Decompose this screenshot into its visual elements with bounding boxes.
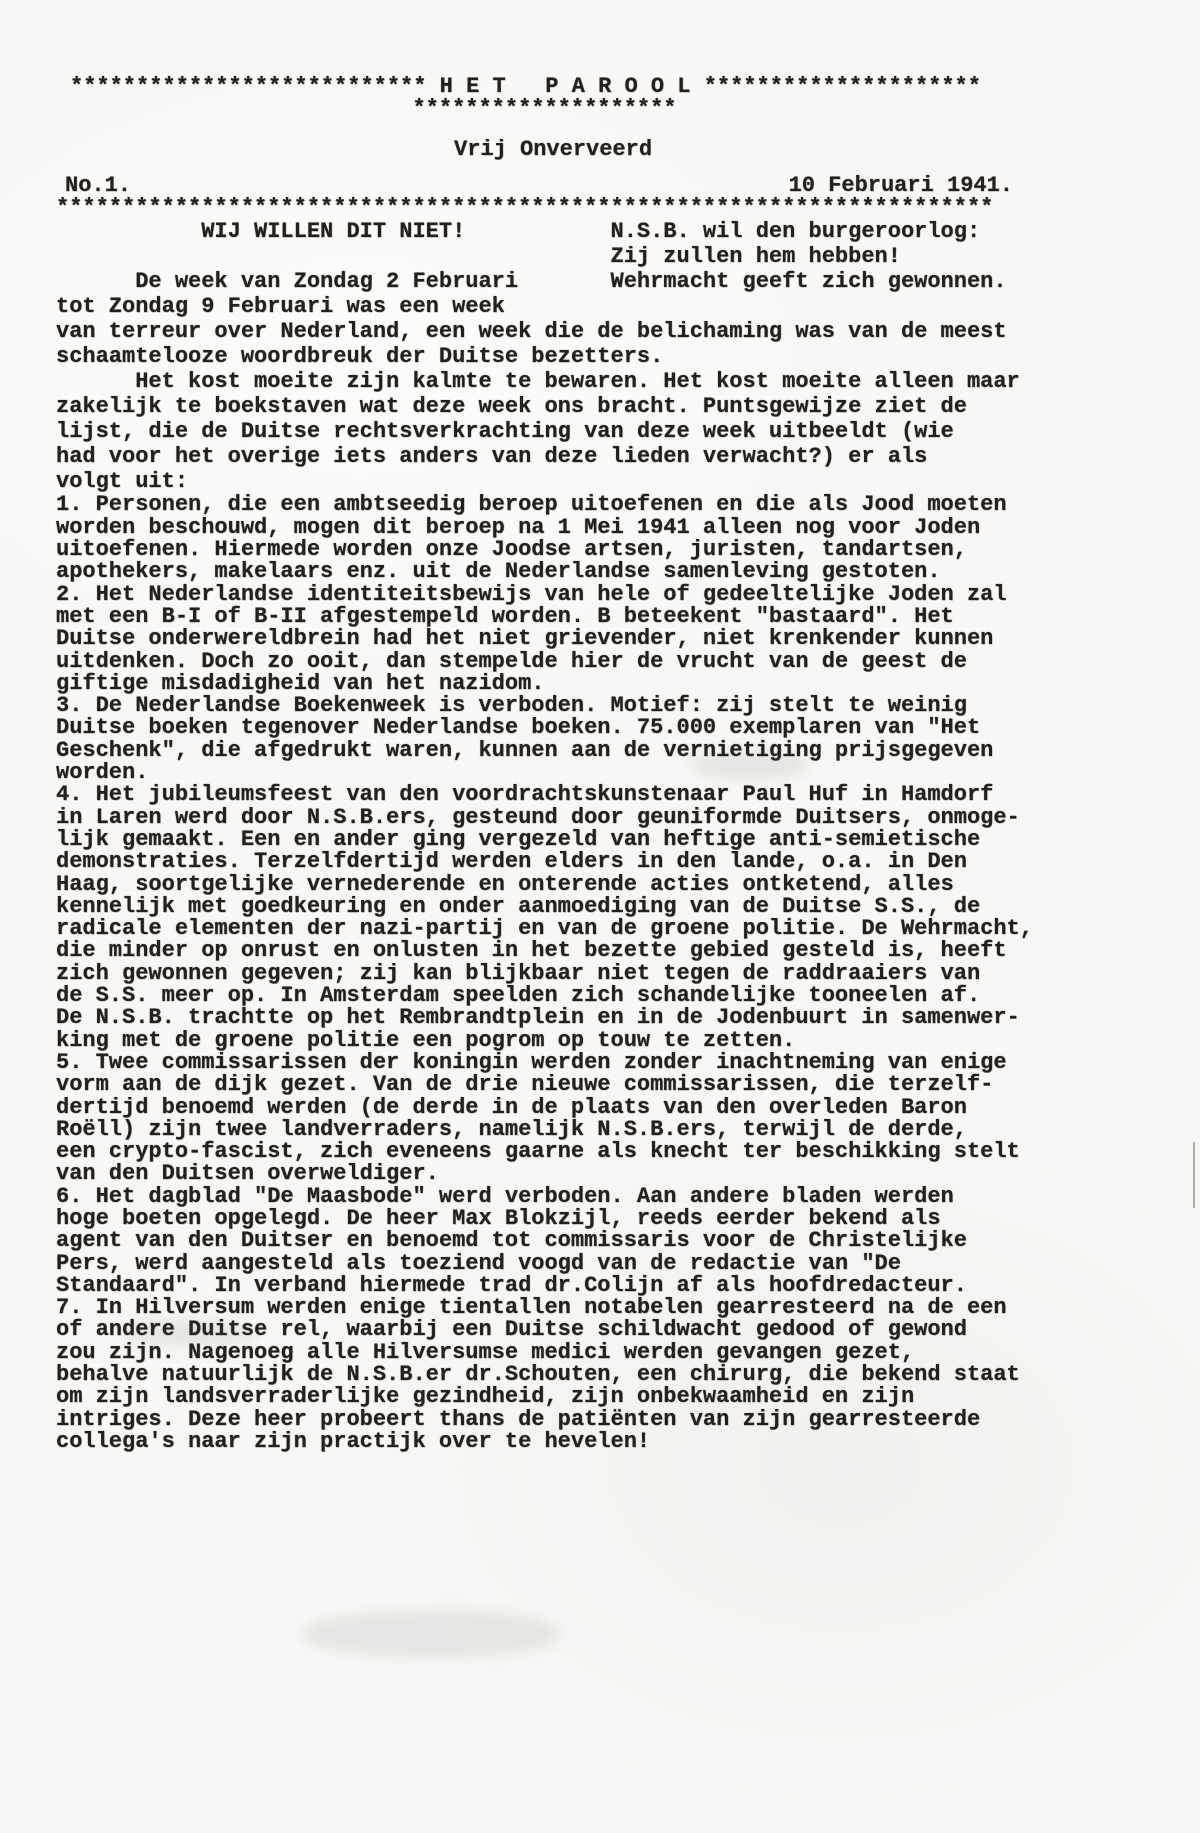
asterisk-divider: ****************************************… — [56, 197, 1160, 219]
scan-artifact-line — [1193, 1142, 1195, 1208]
article-item-3: 3. De Nederlandse Boekenweek is verboden… — [56, 695, 1160, 784]
issue-number: No.1. — [65, 175, 131, 197]
article-item-5: 5. Twee commissarissen der koningin werd… — [56, 1052, 1160, 1186]
article-item-1: 1. Personen, die een ambtseedig beroep u… — [56, 494, 1160, 583]
masthead-title-line: *************************** H E T P A R … — [56, 76, 1160, 98]
article-item-6: 6. Het dagblad "De Maasbode" werd verbod… — [56, 1186, 1160, 1297]
article-item-2: 2. Het Nederlandse identiteitsbewijs van… — [56, 584, 1160, 695]
motto: Vrij Onverveerd — [56, 139, 1160, 161]
issue-row: No.1. 10 Februari 1941. — [65, 175, 1160, 197]
newspaper-page: *************************** H E T P A R … — [0, 0, 1200, 1833]
scan-smudge — [300, 1610, 560, 1658]
lead-article: WIJ WILLEN DIT NIET! N.S.B. wil den burg… — [56, 219, 1160, 494]
article-item-4: 4. Het jubileumsfeest van den voordracht… — [56, 784, 1160, 1052]
article-item-7: 7. In Hilversum werden enige tientallen … — [56, 1297, 1160, 1453]
masthead-asterisk-subline: ******************** — [56, 98, 1160, 120]
issue-date: 10 Februari 1941. — [789, 175, 1013, 197]
